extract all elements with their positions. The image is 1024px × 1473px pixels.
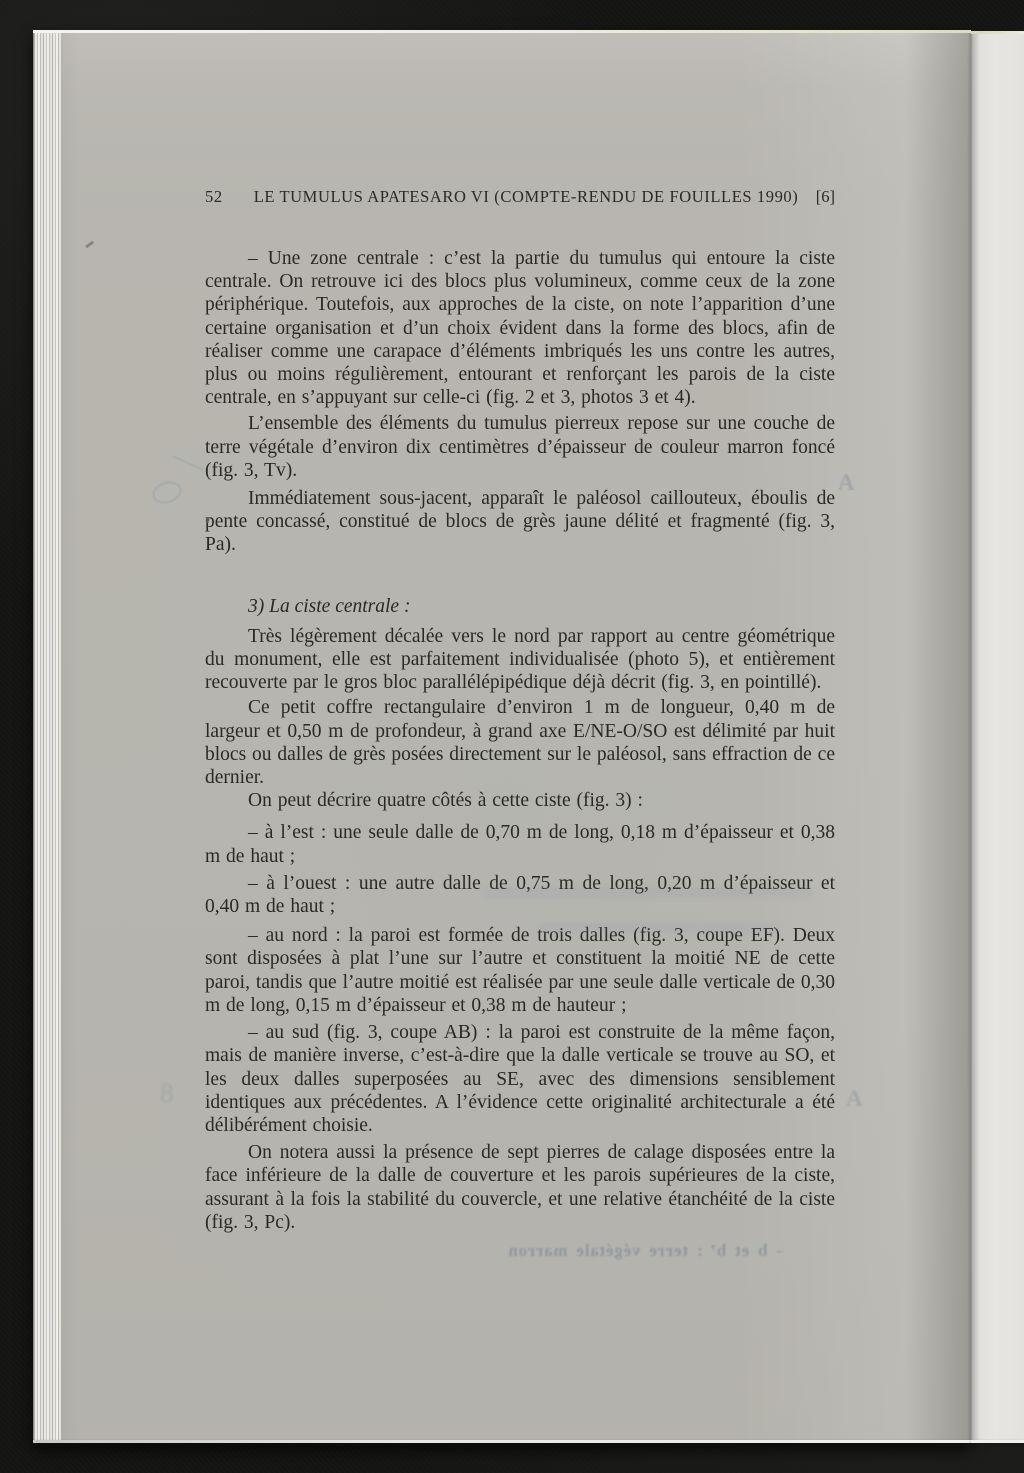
item-cote-sud: – au sud (fig. 3, coupe AB) : la paroi e… — [205, 1021, 835, 1137]
item-cote-est: – à l’est : une seule dalle de 0,70 m de… — [205, 821, 835, 867]
bracket-folio: [6] — [816, 187, 835, 207]
page-bottom-edge — [33, 1440, 971, 1443]
facing-page-top-edge — [971, 31, 1024, 34]
facing-page-sliver — [971, 31, 1024, 1443]
paragraph-pierres-calage: On notera aussi la présence de sept pier… — [205, 1141, 835, 1234]
paragraph-ciste-position: Très légèrement décalée vers le nord par… — [205, 625, 835, 695]
ghost-letter-a-upper: A — [838, 470, 857, 496]
book-page: 52 LE TUMULUS APATESARO VI (COMPTE-RENDU… — [33, 30, 971, 1443]
paragraph-quatre-cotes: On peut décrire quatre côtés à cette cis… — [205, 789, 835, 812]
item-cote-nord: – au nord : la paroi est formée de trois… — [205, 924, 835, 1017]
running-title: LE TUMULUS APATESARO VI (COMPTE-RENDU DE… — [254, 187, 799, 207]
paragraph-couche-terre: L’ensemble des éléments du tumulus pierr… — [205, 412, 835, 482]
ghost-letter-margin: 8 — [160, 1078, 174, 1109]
ghost-figure-line — [172, 455, 204, 471]
page-content: 52 LE TUMULUS APATESARO VI (COMPTE-RENDU… — [205, 187, 835, 1234]
page-top-edge — [33, 30, 971, 33]
item-cote-ouest: – à l’ouest : une autre dalle de 0,75 m … — [205, 872, 835, 918]
ghost-letter-a-lower: A — [846, 1086, 863, 1112]
scanned-book-photo: { "colors": { "background": "#141412", "… — [0, 0, 1024, 1473]
paragraph-coffre-dimensions: Ce petit coffre rectangulaire d’environ … — [205, 696, 835, 789]
paragraph-zone-centrale: – Une zone centrale : c’est la partie du… — [205, 247, 835, 409]
section-heading-ciste-centrale: 3) La ciste centrale : — [205, 595, 835, 618]
facing-page-bottom-edge — [971, 1440, 1024, 1443]
page-stack-edges — [33, 32, 61, 1441]
paragraph-paleosol: Immédiatement sous-jacent, apparaît le p… — [205, 487, 835, 557]
ghost-figure-ring — [149, 478, 184, 507]
ghost-mirrored-caption: - b et b’ : terre végétale marron — [470, 1241, 782, 1261]
running-head: 52 LE TUMULUS APATESARO VI (COMPTE-RENDU… — [205, 187, 835, 207]
page-number: 52 — [205, 187, 223, 207]
scan-speck-slash — [85, 241, 94, 248]
